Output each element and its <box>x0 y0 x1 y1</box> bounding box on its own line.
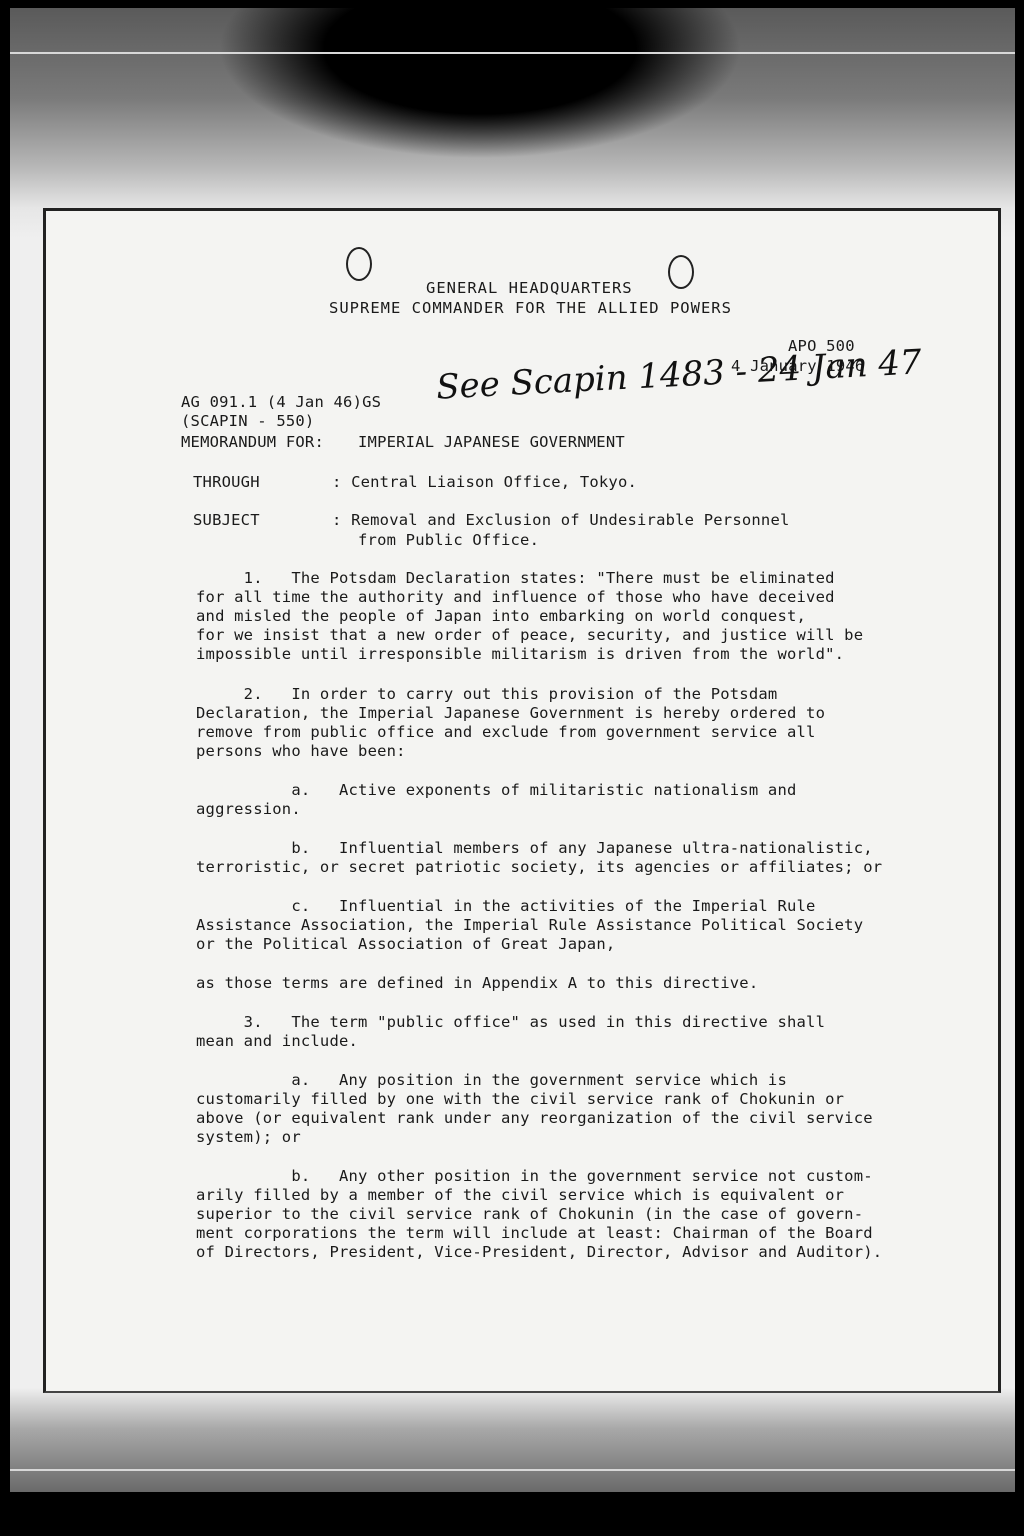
paragraph-2-tail: as those terms are defined in Appendix A… <box>196 974 758 994</box>
punch-hole-left <box>346 247 372 281</box>
memo-for-label: MEMORANDUM FOR: <box>181 433 324 453</box>
header-line-1: GENERAL HEADQUARTERS <box>426 279 633 299</box>
handwritten-annotation: See Scapin 1483 - 24 Jan 47 <box>435 342 922 407</box>
scan-artifact-line <box>10 1469 1015 1471</box>
memo-for-value: IMPERIAL JAPANESE GOVERNMENT <box>358 433 625 453</box>
file-reference: AG 091.1 (4 Jan 46)GS <box>181 393 381 413</box>
scapin-number: (SCAPIN - 550) <box>181 412 314 432</box>
subject-line-2: from Public Office. <box>358 531 539 551</box>
document-page: GENERAL HEADQUARTERS SUPREME COMMANDER F… <box>43 208 1001 1393</box>
scan-artifact-line <box>10 52 1015 54</box>
through-label: THROUGH <box>193 473 260 493</box>
subject-label: SUBJECT <box>193 511 260 531</box>
subject-line-1: : Removal and Exclusion of Undesirable P… <box>332 511 790 531</box>
header-line-2: SUPREME COMMANDER FOR THE ALLIED POWERS <box>329 299 732 319</box>
through-value: : Central Liaison Office, Tokyo. <box>332 473 637 493</box>
punch-hole-right <box>668 255 694 289</box>
